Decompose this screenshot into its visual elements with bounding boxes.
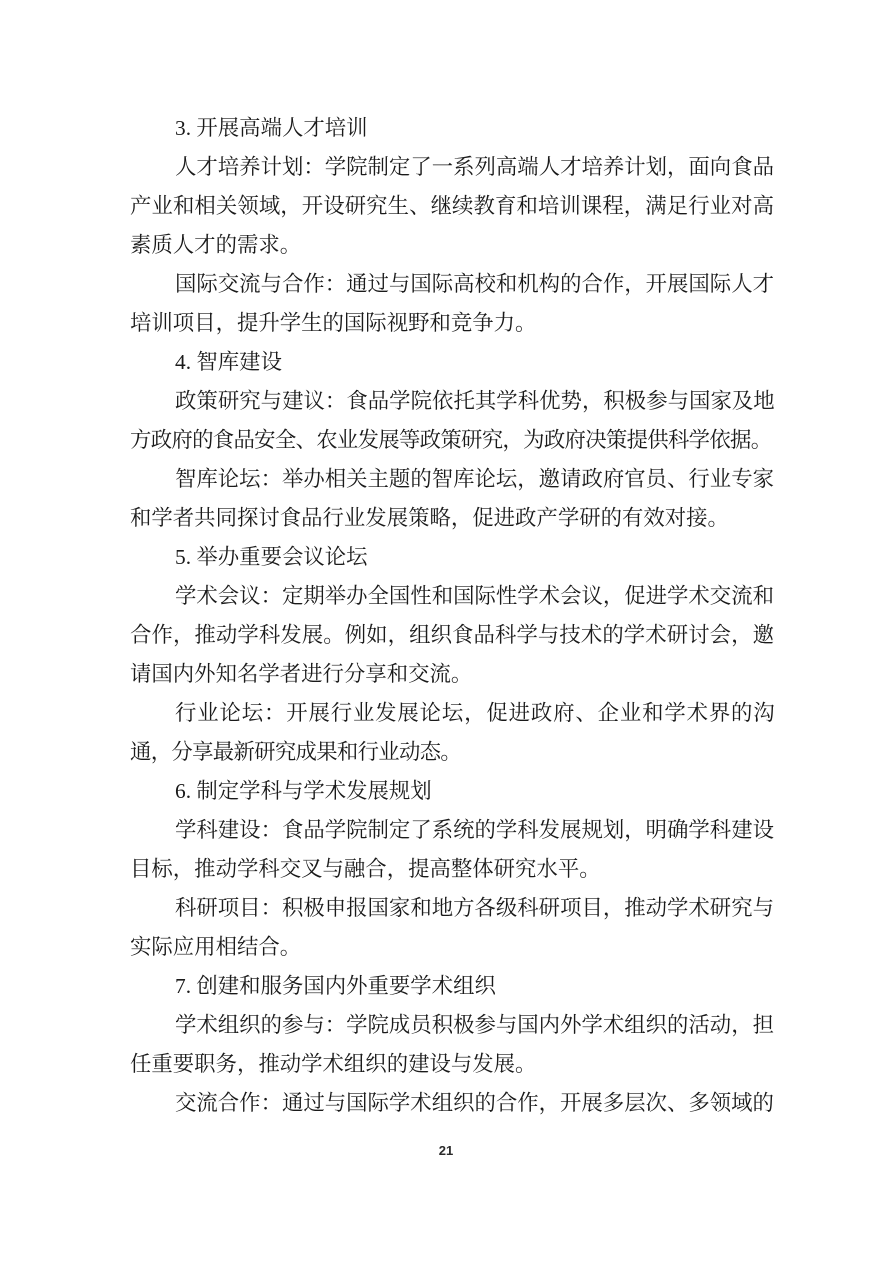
body-paragraph: 行业论坛：开展行业发展论坛，促进政府、企业和学术界的沟通，分享最新研究成果和行业… bbox=[130, 694, 774, 772]
body-paragraph: 政策研究与建议：食品学院依托其学科优势，积极参与国家及地方政府的食品安全、农业发… bbox=[130, 382, 774, 460]
body-paragraph: 智库论坛：举办相关主题的智库论坛，邀请政府官员、行业专家和学者共同探讨食品行业发… bbox=[130, 460, 774, 538]
section-heading-5: 5. 举办重要会议论坛 bbox=[130, 538, 774, 577]
body-paragraph: 学术组织的参与：学院成员积极参与国内外学术组织的活动，担任重要职务，推动学术组织… bbox=[130, 1006, 774, 1084]
section-heading-3: 3. 开展高端人才培训 bbox=[130, 109, 774, 148]
document-page: 3. 开展高端人才培训 人才培养计划：学院制定了一系列高端人才培养计划，面向食品… bbox=[0, 0, 892, 1261]
body-paragraph: 人才培养计划：学院制定了一系列高端人才培养计划，面向食品产业和相关领域，开设研究… bbox=[130, 148, 774, 265]
body-paragraph: 学术会议：定期举办全国性和国际性学术会议，促进学术交流和合作，推动学科发展。例如… bbox=[130, 577, 774, 694]
body-paragraph: 学科建设：食品学院制定了系统的学科发展规划，明确学科建设目标，推动学科交叉与融合… bbox=[130, 811, 774, 889]
body-paragraph: 科研项目：积极申报国家和地方各级科研项目，推动学术研究与实际应用相结合。 bbox=[130, 889, 774, 967]
section-heading-7: 7. 创建和服务国内外重要学术组织 bbox=[130, 967, 774, 1006]
page-body-text: 3. 开展高端人才培训 人才培养计划：学院制定了一系列高端人才培养计划，面向食品… bbox=[130, 109, 774, 1123]
section-heading-6: 6. 制定学科与学术发展规划 bbox=[130, 772, 774, 811]
section-heading-4: 4. 智库建设 bbox=[130, 343, 774, 382]
body-paragraph: 交流合作：通过与国际学术组织的合作，开展多层次、多领域的 bbox=[130, 1084, 774, 1123]
body-paragraph: 国际交流与合作：通过与国际高校和机构的合作，开展国际人才培训项目，提升学生的国际… bbox=[130, 265, 774, 343]
page-number: 21 bbox=[0, 1143, 892, 1158]
